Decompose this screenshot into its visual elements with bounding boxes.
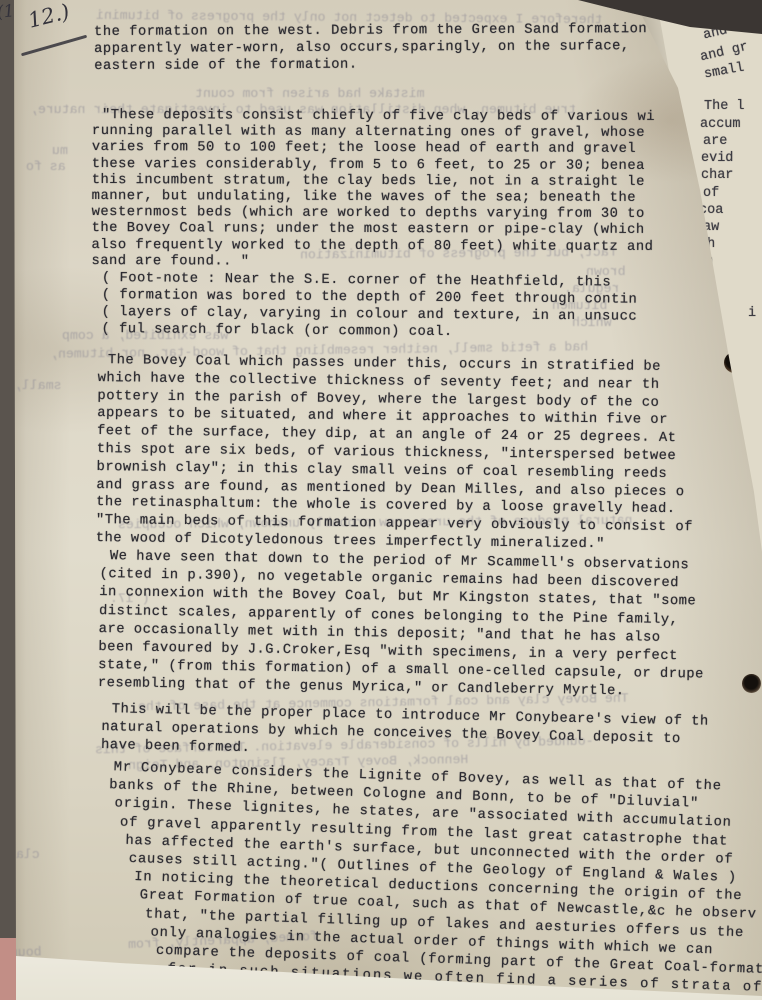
paragraph-6: Mr Conybeare considers the Lignite of Bo…	[97, 759, 726, 997]
paragraph-5: This will be the proper place to introdu…	[101, 701, 726, 768]
paragraph-1: the formation on the west. Debris from t…	[94, 21, 726, 75]
ghost-text-line: small,	[14, 378, 61, 393]
next-page-text-fragment: accum	[700, 117, 741, 132]
next-page-text-fragment: The l	[704, 99, 745, 114]
next-page-text-fragment: i	[748, 306, 756, 321]
footnote-block: ( Foot-note : Near the S.E. corner of th…	[101, 270, 726, 343]
typed-line: also frequently worked to the depth of 8…	[91, 238, 725, 256]
manuscript-page: therefore I expected to detect not only …	[0, 0, 762, 1000]
next-page-text-fragment: char	[701, 168, 733, 183]
paragraph-3: The Bovey Coal which passes under this, …	[96, 352, 726, 555]
paragraph-4: We have seen that down to the period of …	[98, 548, 726, 703]
next-page-text-fragment: small	[703, 61, 746, 83]
typed-text-column: the formation on the west. Debris from t…	[86, 24, 726, 978]
manuscript-photo: and s and gr small The l accum are evid …	[0, 0, 762, 1000]
next-page-text-fragment: of	[703, 186, 719, 201]
paragraph-2-quote: "These deposits consist chiefly of five …	[91, 108, 726, 272]
ghost-text-line: as fo	[26, 159, 66, 174]
typed-line: the Bovey Coal runs; under the most east…	[92, 221, 726, 239]
handwritten-margin-mark: (1	[0, 1, 15, 23]
ghost-text-line: mu	[52, 143, 68, 158]
typed-line: eastern side of the formation.	[94, 55, 726, 75]
typed-line: sand are found.. "	[91, 254, 725, 272]
pink-paper-sliver	[0, 938, 16, 1000]
next-page-text-fragment: are	[703, 134, 727, 149]
typed-line: the formation on the west. Debris from t…	[94, 21, 726, 41]
next-page-text-fragment: evid	[701, 151, 733, 166]
typed-line: these varies considerably, from 5 to 6 f…	[92, 157, 726, 175]
punch-hole-bottom	[742, 674, 761, 693]
typed-line: varies from 50 to 100 feet; the loose he…	[92, 140, 726, 158]
